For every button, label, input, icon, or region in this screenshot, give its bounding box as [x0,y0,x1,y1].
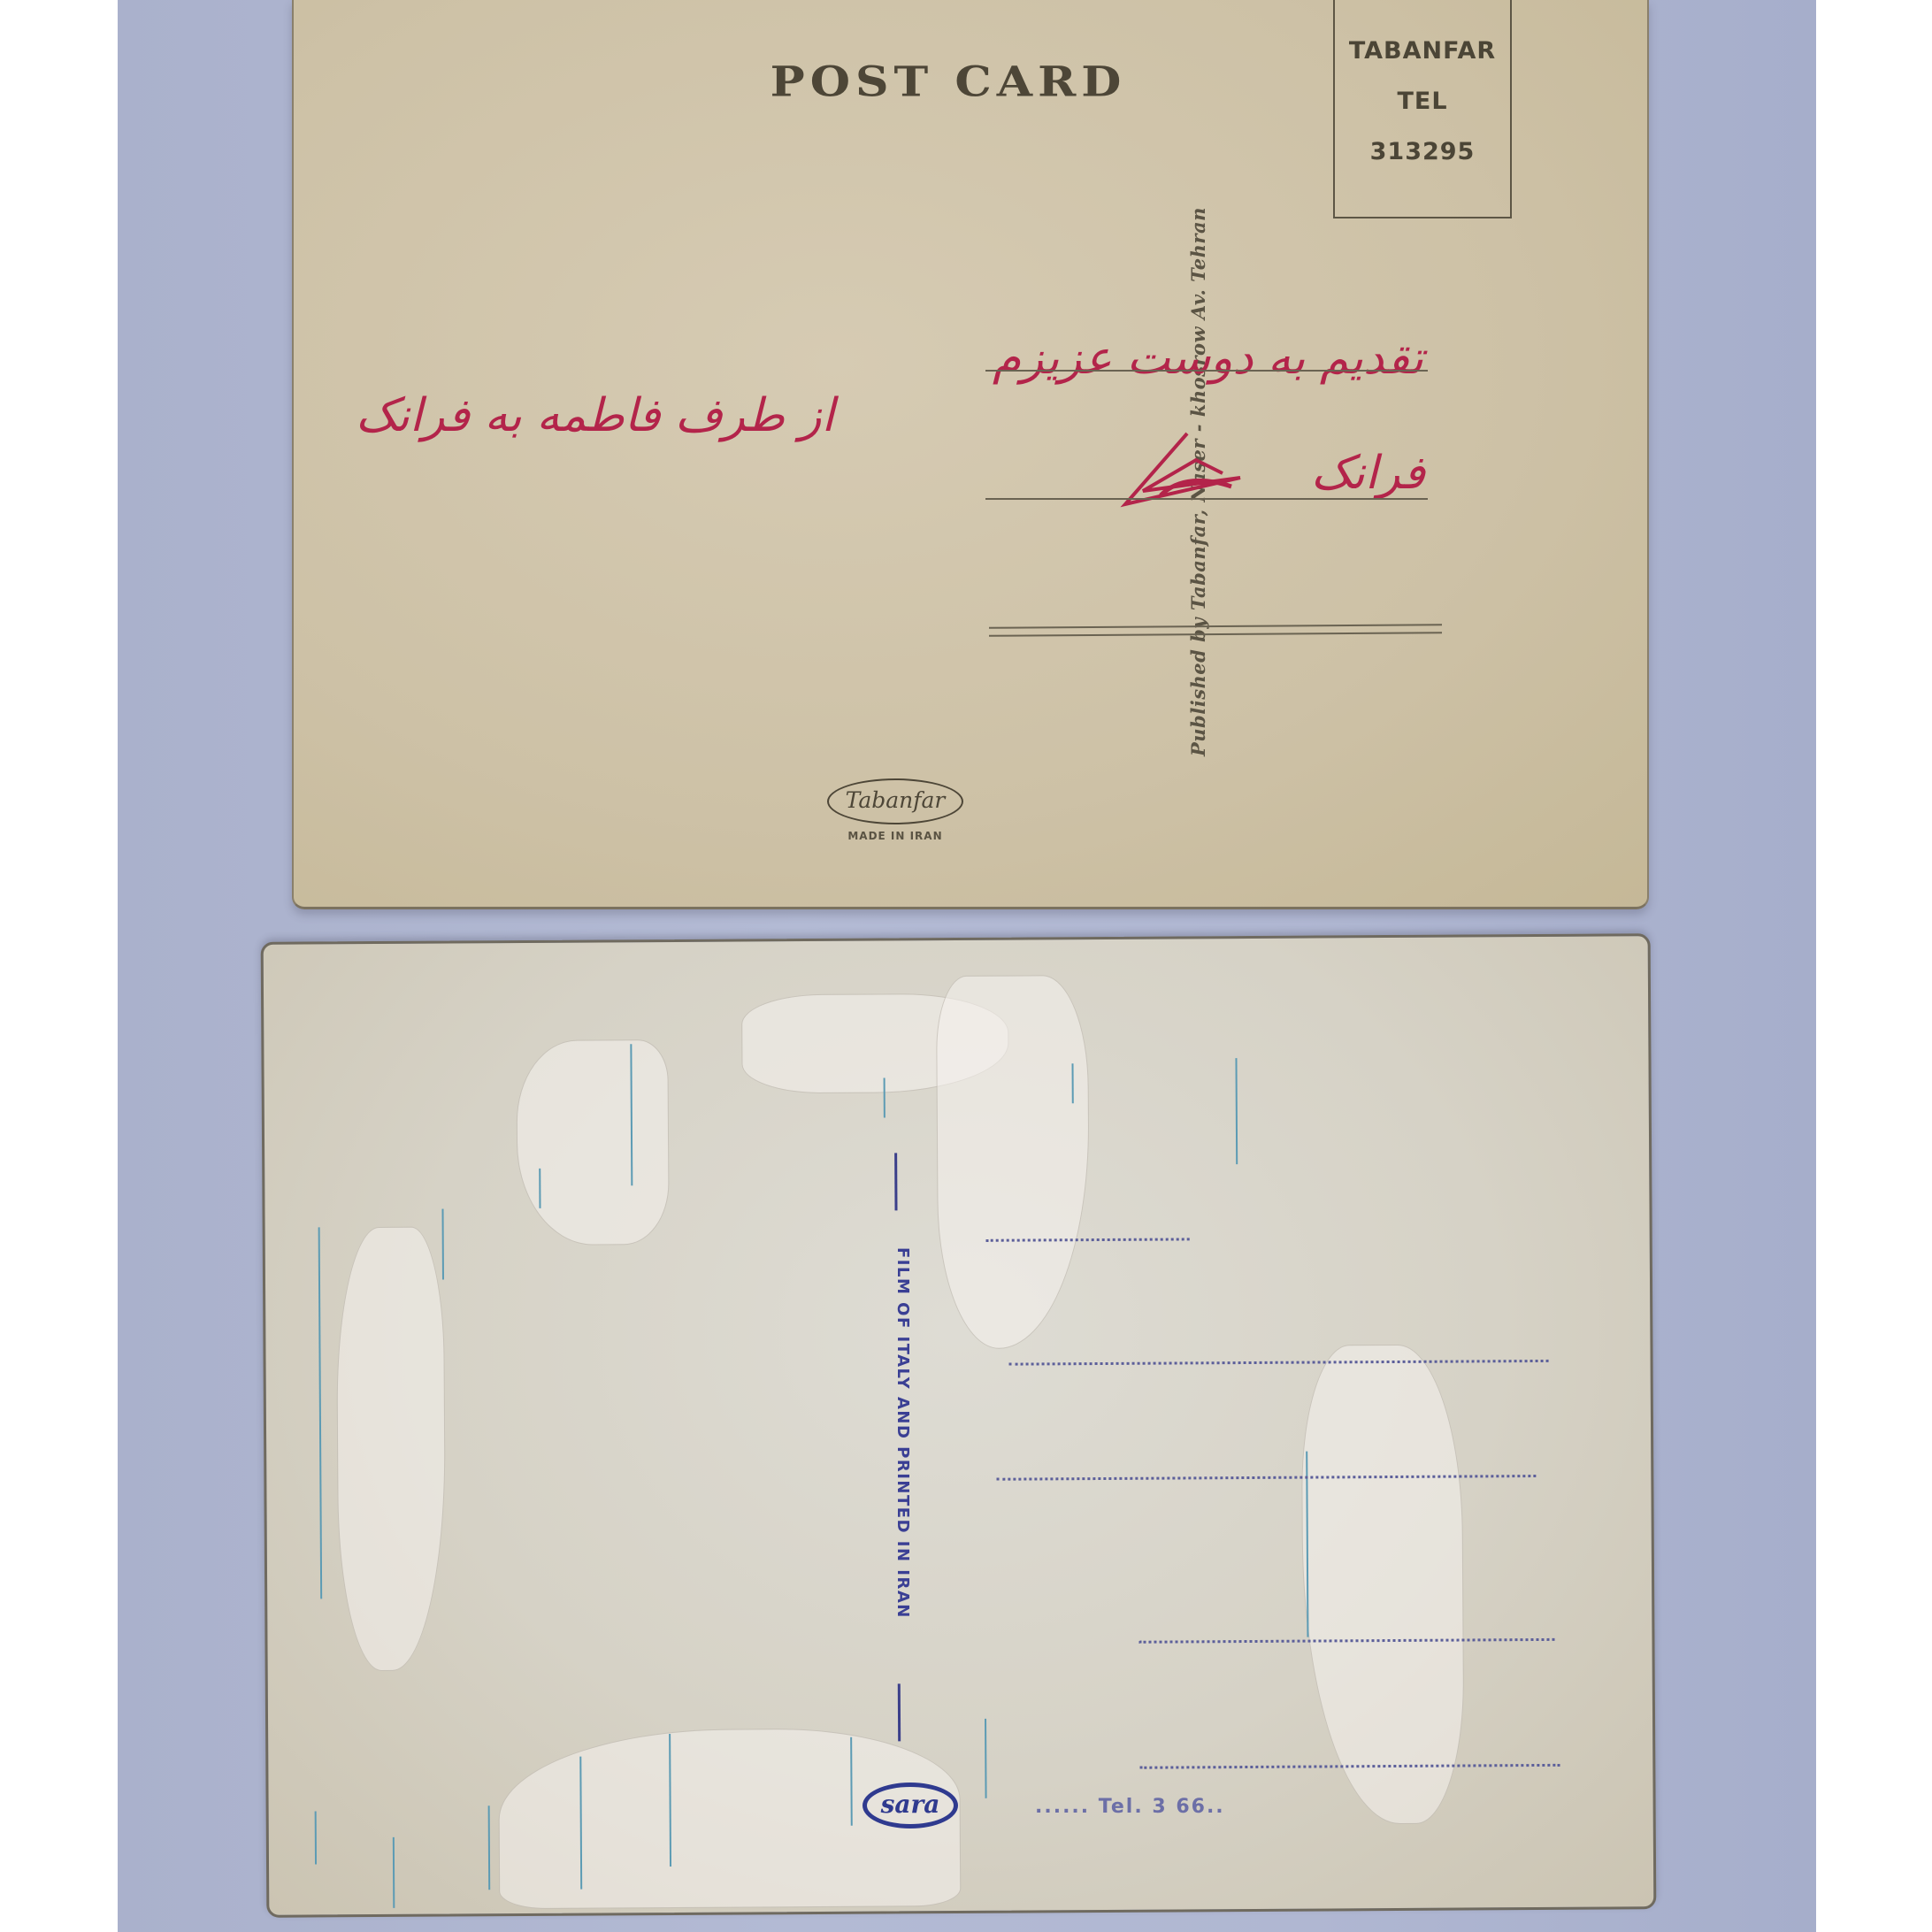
bottom-tick [393,1837,395,1908]
bottom-tick [488,1805,491,1890]
address-line-1 [986,1238,1190,1241]
printer-telephone: ...... Tel. 3 66.. [1035,1796,1225,1818]
peeled-area [1300,1345,1464,1825]
peeled-area [516,1039,669,1246]
stamp-box-tick [884,1077,885,1117]
divider-mark-top [894,1153,897,1210]
address-line-2 [985,498,1428,500]
sara-logo: sara [862,1782,958,1828]
bottom-tick [985,1719,987,1798]
tabanfar-logo: Tabanfar [827,778,963,824]
stamp-box-tick [1235,1058,1238,1164]
stamp-box-tel-label: TEL [1335,76,1510,126]
peeled-area [936,975,1091,1349]
stamp-box-tick [539,1169,540,1208]
signature-scribble [1108,425,1267,522]
stamp-box-tick [1072,1063,1074,1103]
stamp-box-tick [441,1209,443,1280]
stamp-box: TABANFAR TEL 313295 [1333,0,1512,218]
left-margin-tick [318,1227,323,1598]
peeled-area [336,1227,447,1672]
postcard-top: POST CARD TABANFAR TEL 313295 Published … [292,0,1649,909]
handwritten-from-note: از طرف فاطمه به فرانک [356,389,834,442]
address-line-1 [985,370,1428,372]
print-credit-vertical: FILM OF ITALY AND PRINTED IN IRAN [889,1247,912,1663]
postcard-bottom [261,933,1657,1918]
divider-mark-bottom [898,1683,901,1741]
postcard-title: POST CARD [727,57,1169,106]
made-in-label: MADE IN IRAN [838,830,953,842]
handwritten-dedication: تقدیم به دوست عزیزم [993,332,1423,385]
bottom-tick [315,1811,317,1864]
stamp-box-publisher: TABANFAR [1335,26,1510,76]
handwritten-recipient: فرانک [1311,447,1425,500]
address-line-2 [1009,1360,1549,1366]
stamp-box-tel-number: 313295 [1335,126,1510,177]
